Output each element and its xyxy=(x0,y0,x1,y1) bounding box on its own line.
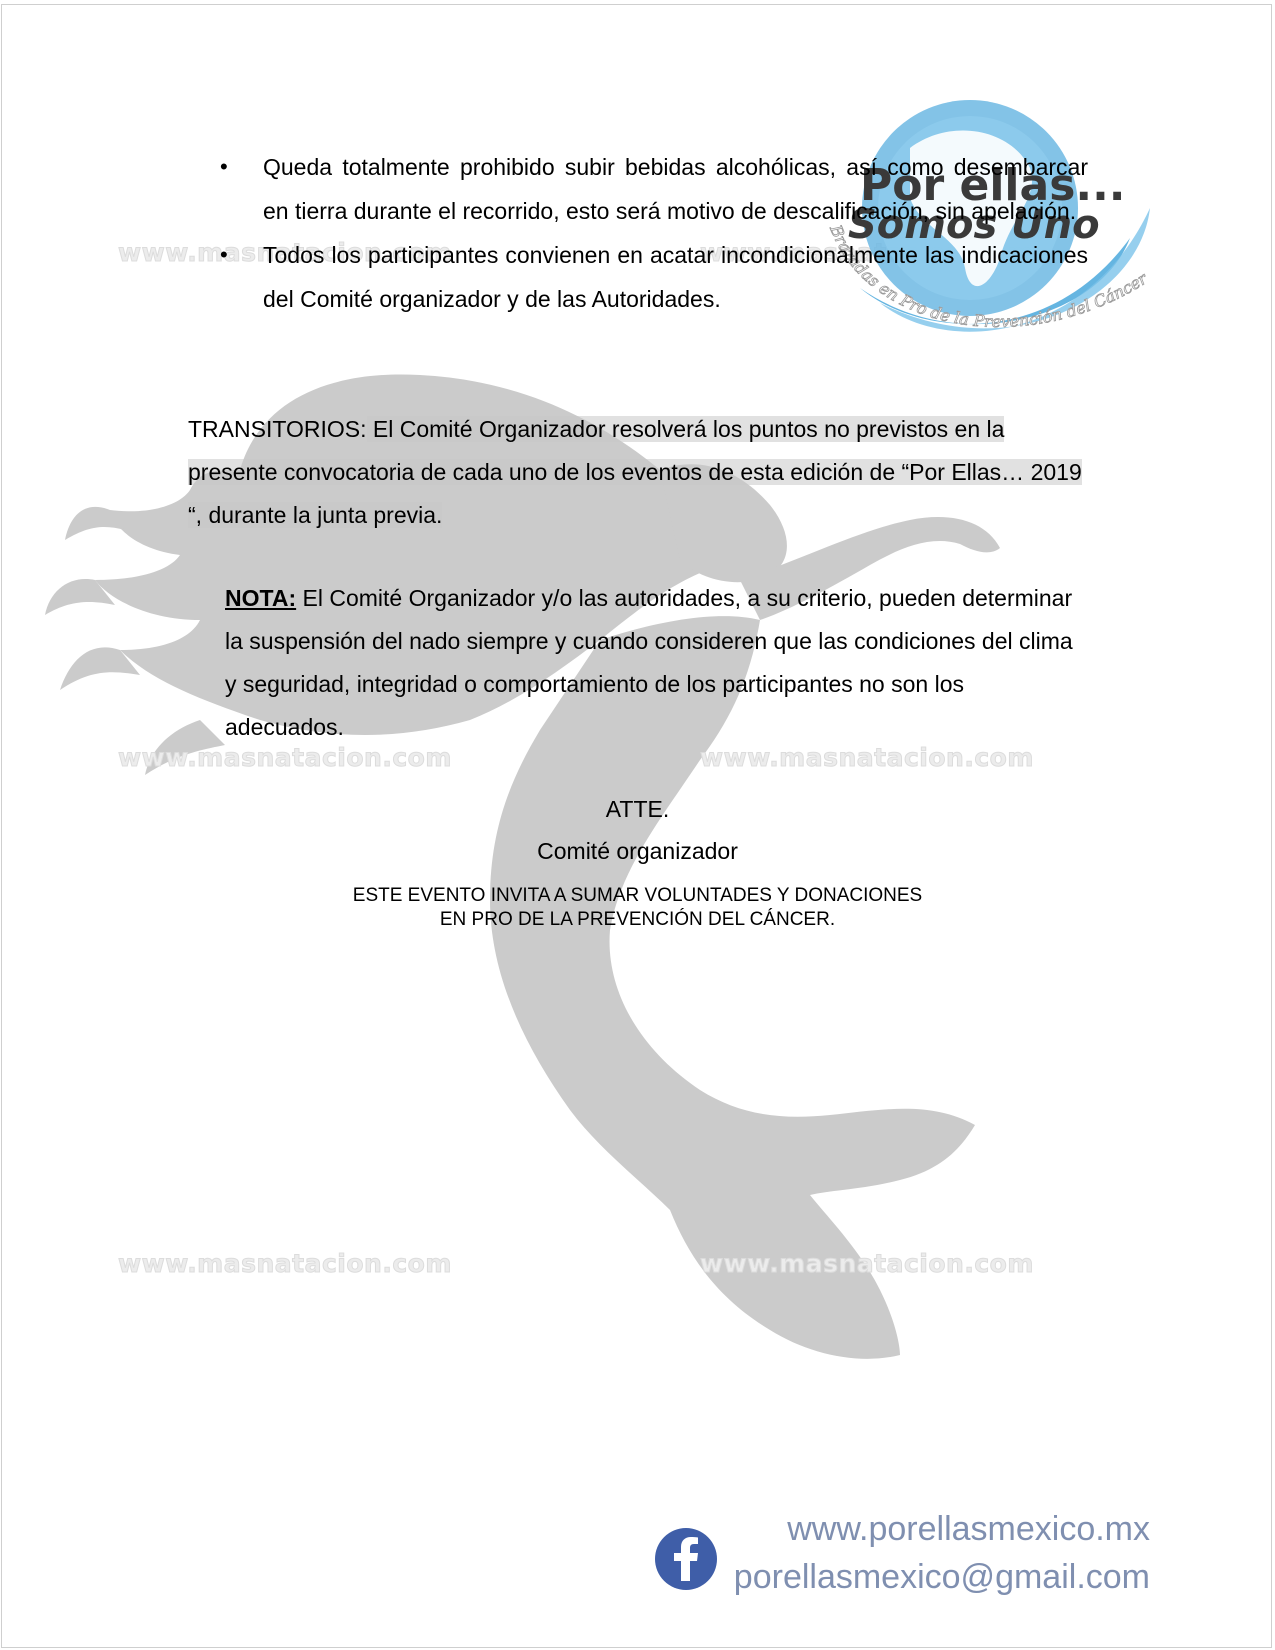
committee-label: Comité organizador xyxy=(0,838,1275,865)
watermark: www.masnatacion.com xyxy=(118,1249,452,1278)
rule-item: Todos los participantes convienen en aca… xyxy=(220,233,1088,321)
invite-message: ESTE EVENTO INVITA A SUMAR VOLUNTADES Y … xyxy=(0,884,1275,932)
footer-contact: www.porellasmexico.mx porellasmexico@gma… xyxy=(734,1505,1150,1601)
rule-item: Queda totalmente prohibido subir bebidas… xyxy=(220,145,1088,233)
rules-list: Queda totalmente prohibido subir bebidas… xyxy=(220,145,1088,321)
email-link[interactable]: porellasmexico@gmail.com xyxy=(734,1553,1150,1601)
nota-paragraph: NOTA: El Comité Organizador y/o las auto… xyxy=(225,577,1075,749)
atte-label: ATTE. xyxy=(0,796,1275,823)
watermark: www.masnatacion.com xyxy=(700,1249,1034,1278)
invite-line-1: ESTE EVENTO INVITA A SUMAR VOLUNTADES Y … xyxy=(0,884,1275,908)
facebook-f-icon xyxy=(672,1537,700,1581)
transitorios-paragraph: TRANSITORIOS: El Comité Organizador reso… xyxy=(188,408,1088,537)
facebook-icon[interactable] xyxy=(655,1528,717,1590)
website-link[interactable]: www.porellasmexico.mx xyxy=(734,1505,1150,1553)
invite-line-2: EN PRO DE LA PREVENCIÓN DEL CÁNCER. xyxy=(0,908,1275,932)
nota-text: El Comité Organizador y/o las autoridade… xyxy=(225,585,1073,740)
transitorios-label: TRANSITORIOS: xyxy=(188,416,367,442)
nota-label: NOTA: xyxy=(225,585,296,611)
